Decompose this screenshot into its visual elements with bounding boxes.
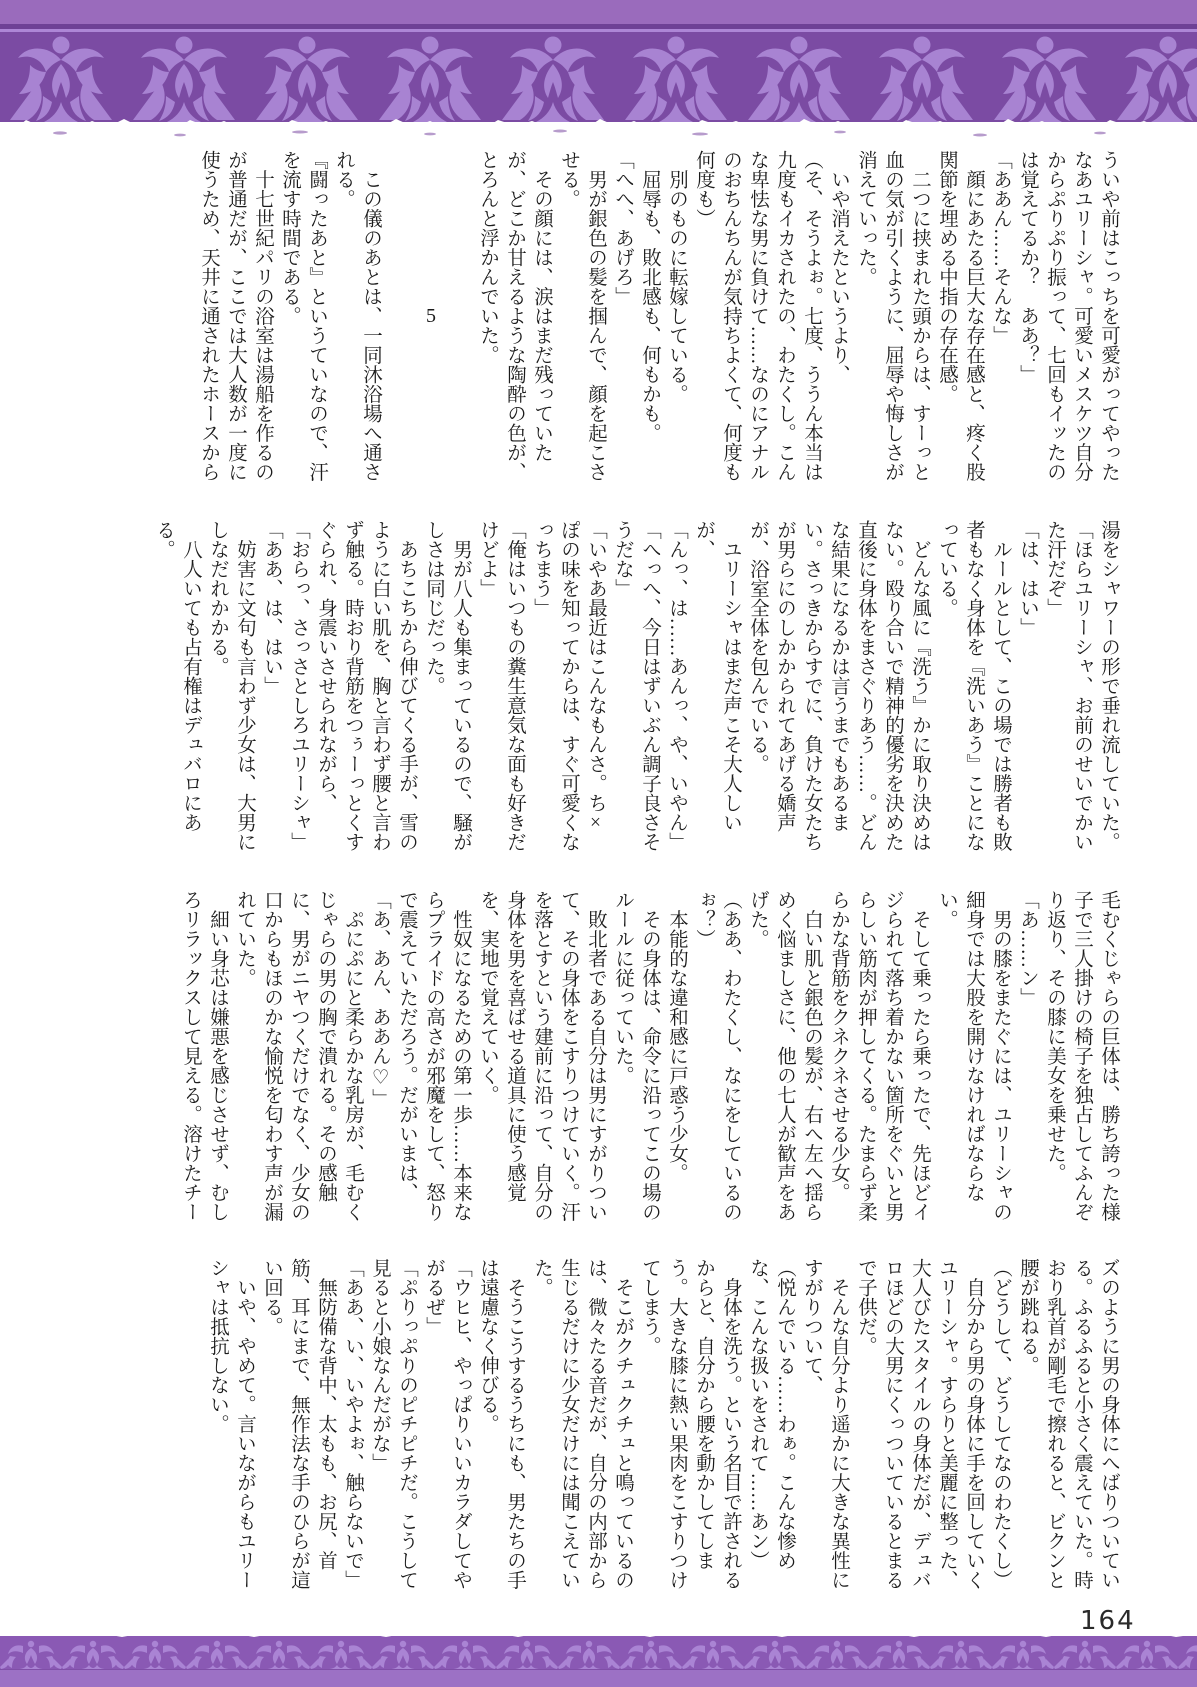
palmette-frieze-top-icon xyxy=(0,0,1197,140)
paragraph-block-4: ズのように男の身体にへばりついている。ふるふると小さく震えていた。時おり乳首が剛… xyxy=(204,1258,1122,1590)
paragraph-block-2: 湯をシャワーの形で垂れ流していた。 「ほらユリーシャ、お前のせいでかいた汗だぞ」… xyxy=(152,520,1122,852)
top-ornament-border xyxy=(0,0,1197,140)
bottom-ornament-border xyxy=(0,1630,1197,1687)
paragraph-block-1b: この儀のあとは、一同沐浴場へ通される。 『闘ったあと』というていなので、汗を流す… xyxy=(195,150,384,482)
text-band-4: ズのように男の身体にへばりついている。ふるふると小さく震えていた。時おり乳首が剛… xyxy=(152,1258,1122,1590)
palmette-frieze-bottom-icon xyxy=(0,1630,1197,1687)
paragraph-block-3: 毛むくじゃらの巨体は、勝ち誇った様子で三人掛けの椅子を独占してふんぞり返り、その… xyxy=(177,890,1122,1222)
section-number: 5 xyxy=(414,150,444,482)
text-band-1: ういや前はこっちを可愛がってやったなあユリーシャ。可愛いメスケツ自分からぷりぷり… xyxy=(152,150,1122,482)
text-band-3: 毛むくじゃらの巨体は、勝ち誇った様子で三人掛けの椅子を独占してふんぞり返り、その… xyxy=(152,890,1122,1222)
paragraph-block-1a: ういや前はこっちを可愛がってやったなあユリーシャ。可愛いメスケツ自分からぷりぷり… xyxy=(474,150,1122,482)
text-band-2: 湯をシャワーの形で垂れ流していた。 「ほらユリーシャ、お前のせいでかいた汗だぞ」… xyxy=(152,520,1122,852)
